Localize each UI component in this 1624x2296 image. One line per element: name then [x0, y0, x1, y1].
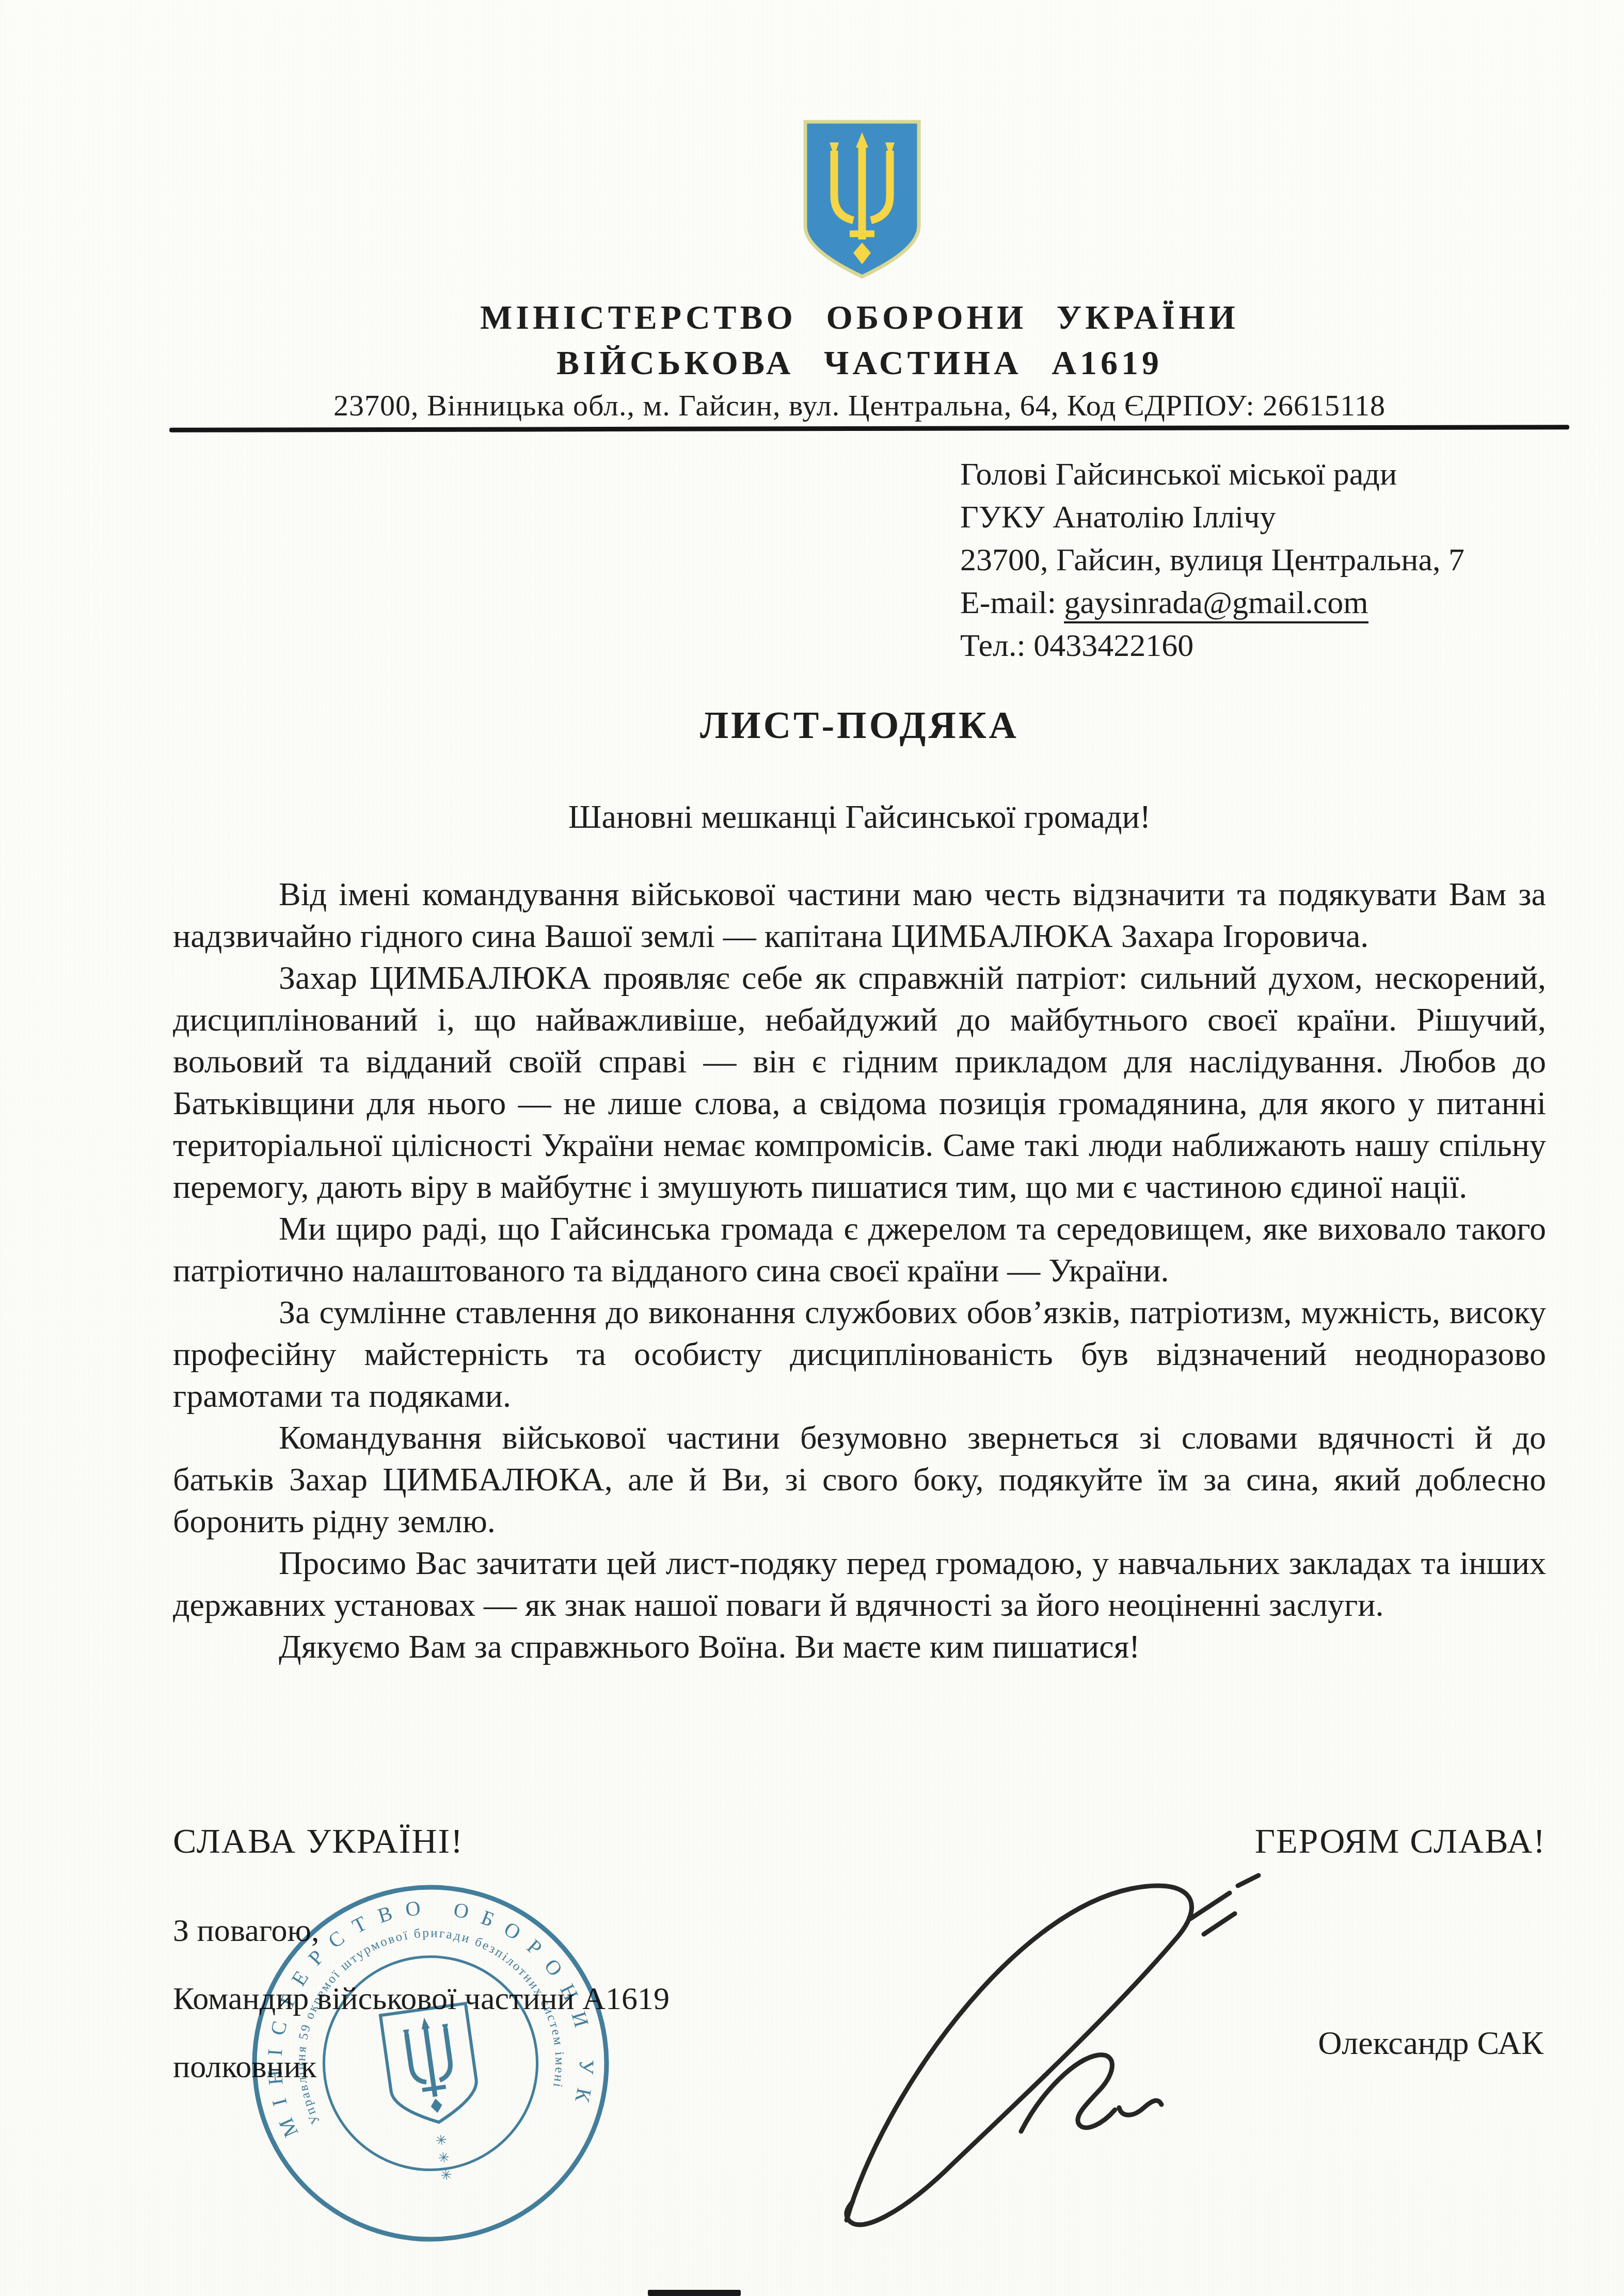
signer-name: Олександр САК	[1318, 2024, 1543, 2062]
slava-ukraini: СЛАВА УКРАЇНІ!	[173, 1821, 464, 1861]
recipient-email-line: E-mail: gaysinrada@gmail.com	[960, 582, 1464, 624]
military-unit-title: ВІЙСЬКОВА ЧАСТИНА А1619	[173, 344, 1546, 383]
paragraph: За сумлінне ставлення до виконання служб…	[173, 1291, 1546, 1417]
paragraph: Командування військової частини безумовн…	[173, 1417, 1546, 1542]
email-address: gaysinrada@gmail.com	[1064, 585, 1368, 623]
letter-body: Від імені командування військової частин…	[173, 873, 1546, 1667]
recipient-line: ГУКУ Анатолію Іллічу	[960, 496, 1464, 539]
letter-title: ЛИСТ-ПОДЯКА	[173, 704, 1546, 748]
recipient-phone-line: Тел.: 0433422160	[960, 624, 1464, 667]
military-unit-stamp-icon: МІНІСТЕРСТВО ОБОРОНИ УКРАЇНИ Управління …	[223, 1856, 638, 2271]
paragraph: Ми щиро раді, що Гайсинська громада є дж…	[173, 1208, 1546, 1291]
stamp-star-icon: ✳	[437, 2149, 451, 2166]
recipient-block: Голові Гайсинської міської ради ГУКУ Ана…	[960, 453, 1464, 667]
stamp-star-icon: ✳	[440, 2167, 453, 2184]
ministry-title: МІНІСТЕРСТВО ОБОРОНИ УКРАЇНИ	[173, 298, 1546, 338]
heroyam-slava: ГЕРОЯМ СЛАВА!	[1255, 1821, 1546, 1861]
greeting-line: Шановні мешканці Гайсинської громади!	[173, 798, 1546, 836]
stamp-star-icon: ✳	[435, 2132, 448, 2149]
recipient-line: Голові Гайсинської міської ради	[960, 453, 1464, 496]
email-label: E-mail:	[960, 585, 1064, 620]
stamp-inner-text: Управління 59 окремої штурмової бригади …	[223, 1856, 572, 2135]
scan-artifact	[648, 2290, 741, 2296]
scanned-letter-page: МІНІСТЕРСТВО ОБОРОНИ УКРАЇНИ ВІЙСЬКОВА Ч…	[0, 0, 1624, 2296]
recipient-line: 23700, Гайсин, вулиця Центральна, 7	[960, 539, 1464, 582]
handwritten-signature-icon	[795, 1853, 1285, 2255]
svg-text:Управління 59 окремої штурмово: Управління 59 окремої штурмової бригади …	[223, 1856, 572, 2135]
header-divider	[169, 425, 1569, 432]
paragraph: Захар ЦИМБАЛЮКА проявляє себе як справжн…	[173, 957, 1546, 1208]
unit-address-line: 23700, Вінницька обл., м. Гайсин, вул. Ц…	[173, 388, 1546, 423]
paragraph: Дякуємо Вам за справжнього Воїна. Ви має…	[173, 1626, 1546, 1667]
paragraph: Від імені командування військової частин…	[173, 873, 1546, 957]
stamp-trident	[406, 2023, 455, 2099]
paragraph: Просимо Вас зачитати цей лист-подяку пер…	[173, 1542, 1546, 1626]
stamp-star-column: ✳ ✳ ✳	[435, 2132, 453, 2184]
ukraine-coat-of-arms-icon	[800, 118, 924, 281]
